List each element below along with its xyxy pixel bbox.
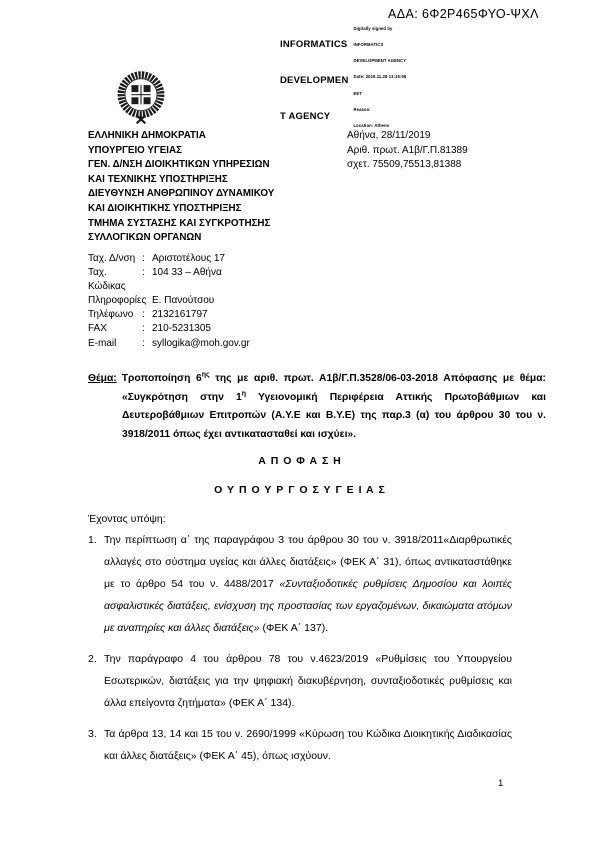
contact-label: Ταχ. Δ/νση: [88, 252, 142, 266]
contact-value: 2132161797: [152, 308, 208, 322]
minister-title: Ο Υ Π Ο Υ Ρ Γ Ο Σ Υ Γ Ε Ι Α Σ: [88, 484, 512, 496]
contact-label: Ταχ. Κώδικας: [88, 266, 142, 294]
stamp-detail-line: EET: [354, 91, 407, 96]
list-item: 1. Την περίπτωση α΄ της παραγράφου 3 του…: [88, 529, 512, 639]
item-segment: (ΦΕΚ Α΄ 137).: [260, 622, 329, 634]
item-number: 2.: [88, 648, 104, 714]
legal-basis-list: 1. Την περίπτωση α΄ της παραγράφου 3 του…: [88, 529, 512, 776]
contact-row: FAX : 210-5231305: [88, 322, 250, 336]
authority-line: ΤΜΗΜΑ ΣΥΣΤΑΣΗΣ ΚΑΙ ΣΥΓΚΡΟΤΗΣΗΣ: [88, 217, 274, 232]
subject-text: Τροποποίηση 6: [122, 373, 202, 384]
stamp-detail-line: Date: 2019.11.28 13:15:55: [354, 74, 407, 79]
stamp-detail-line: Digitally signed by: [354, 26, 407, 31]
item-segment: Τα άρθρα 13, 14 και 15 του ν. 2690/1999 …: [104, 728, 512, 762]
protocol-number: Αριθ. πρωτ. Α1β/Γ.Π.81389: [347, 144, 468, 159]
item-number: 1.: [88, 529, 104, 639]
item-text: Την παράγραφο 4 του άρθρου 78 του ν.4623…: [104, 648, 512, 714]
authority-line: ΣΥΛΛΟΓΙΚΩΝ ΟΡΓΑΝΩΝ: [88, 231, 274, 246]
stamp-agency-line: INFORMATICS: [280, 39, 349, 51]
stamp-signature-details: Digitally signed by INFORMATICS DEVELOPM…: [354, 15, 407, 139]
city-date: Αθήνα, 28/11/2019: [347, 129, 468, 144]
authority-line: ΚΑΙ ΤΕΧΝΙΚΗΣ ΥΠΟΣΤΗΡΙΞΗΣ: [88, 173, 274, 188]
stamp-detail-line: Reason:: [354, 107, 407, 112]
contact-value: syllogika@moh.gov.gr: [152, 337, 250, 351]
contact-info-block: Ταχ. Δ/νση : Αριστοτέλους 17 Ταχ. Κώδικα…: [88, 252, 250, 351]
subject-paragraph: Θέμα:Τροποποίηση 6ης της με αριθ. πρωτ. …: [88, 370, 546, 444]
contact-value: 104 33 – Αθήνα: [152, 266, 222, 294]
item-text: Τα άρθρα 13, 14 και 15 του ν. 2690/1999 …: [104, 723, 512, 767]
contact-label: Τηλέφωνο: [88, 308, 142, 322]
issuing-authority-block: ΕΛΛΗΝΙΚΗ ΔΗΜΟΚΡΑΤΙΑ ΥΠΟΥΡΓΕΙΟ ΥΓΕΙΑΣ ΓΕΝ…: [88, 129, 274, 246]
authority-line: ΕΛΛΗΝΙΚΗ ΔΗΜΟΚΡΑΤΙΑ: [88, 129, 274, 144]
contact-row: E-mail : syllogika@moh.gov.gr: [88, 337, 250, 351]
contact-colon: :: [142, 308, 152, 322]
greek-coat-of-arms-emblem: [115, 70, 167, 128]
document-page: ΑΔΑ: 6Φ2Ρ465ΦΥΟ-ΨΧΛ INFORMATICS DEVELOPM…: [0, 0, 595, 842]
stamp-agency-line: T AGENCY: [280, 111, 349, 123]
contact-label: E-mail: [88, 337, 142, 351]
contact-colon: :: [142, 266, 152, 294]
contact-row: Ταχ. Δ/νση : Αριστοτέλους 17: [88, 252, 250, 266]
item-segment: Την παράγραφο 4 του άρθρου 78 του ν.4623…: [104, 653, 512, 709]
ada-code: ΑΔΑ: 6Φ2Ρ465ΦΥΟ-ΨΧΛ: [388, 7, 539, 21]
contact-value: Ε. Πανούτσου: [152, 294, 214, 308]
contact-value: Αριστοτέλους 17: [152, 252, 225, 266]
related-numbers: σχετ. 75509,75513,81388: [347, 158, 468, 173]
item-number: 3.: [88, 723, 104, 767]
stamp-detail-line: Location: Athens: [354, 123, 407, 128]
contact-colon: :: [142, 337, 152, 351]
contact-row: Ταχ. Κώδικας : 104 33 – Αθήνα: [88, 266, 250, 294]
contact-label: FAX: [88, 322, 142, 336]
subject-label: Θέμα:: [88, 373, 117, 384]
protocol-block: Αθήνα, 28/11/2019 Αριθ. πρωτ. Α1β/Γ.Π.81…: [347, 129, 468, 173]
having-regard-line: Έχοντας υπόψη:: [88, 513, 166, 525]
authority-line: ΔΙΕΥΘΥΝΣΗ ΑΝΘΡΩΠΙΝΟΥ ΔΥΝΑΜΙΚΟΥ: [88, 187, 274, 202]
contact-value: 210-5231305: [152, 322, 211, 336]
stamp-detail-line: INFORMATICS: [354, 42, 407, 47]
decision-title: Α Π Ο Φ Α Σ Η: [88, 455, 512, 467]
authority-line: ΚΑΙ ΔΙΟΙΚΗΤΙΚΗΣ ΥΠΟΣΤΗΡΙΞΗΣ: [88, 202, 274, 217]
item-text: Την περίπτωση α΄ της παραγράφου 3 του άρ…: [104, 529, 512, 639]
stamp-agency-name: INFORMATICS DEVELOPMEN T AGENCY: [280, 15, 349, 147]
list-item: 3. Τα άρθρα 13, 14 και 15 του ν. 2690/19…: [88, 723, 512, 767]
stamp-detail-line: DEVELOPMENT AGENCY: [354, 58, 407, 63]
authority-line: ΓΕΝ. Δ/ΝΣΗ ΔΙΟΙΚΗΤΙΚΩΝ ΥΠΗΡΕΣΙΩΝ: [88, 158, 274, 173]
stamp-agency-line: DEVELOPMEN: [280, 75, 349, 87]
authority-line: ΥΠΟΥΡΓΕΙΟ ΥΓΕΙΑΣ: [88, 144, 274, 159]
contact-colon: :: [142, 294, 152, 308]
subject-superscript: ης: [202, 372, 210, 379]
contact-row: Πληροφορίες : Ε. Πανούτσου: [88, 294, 250, 308]
list-item: 2. Την παράγραφο 4 του άρθρου 78 του ν.4…: [88, 648, 512, 714]
contact-colon: :: [142, 322, 152, 336]
page-number: 1: [498, 778, 503, 789]
contact-colon: :: [142, 252, 152, 266]
digital-signature-stamp: INFORMATICS DEVELOPMEN T AGENCY Digitall…: [280, 15, 406, 147]
contact-label: Πληροφορίες: [88, 294, 142, 308]
contact-row: Τηλέφωνο : 2132161797: [88, 308, 250, 322]
